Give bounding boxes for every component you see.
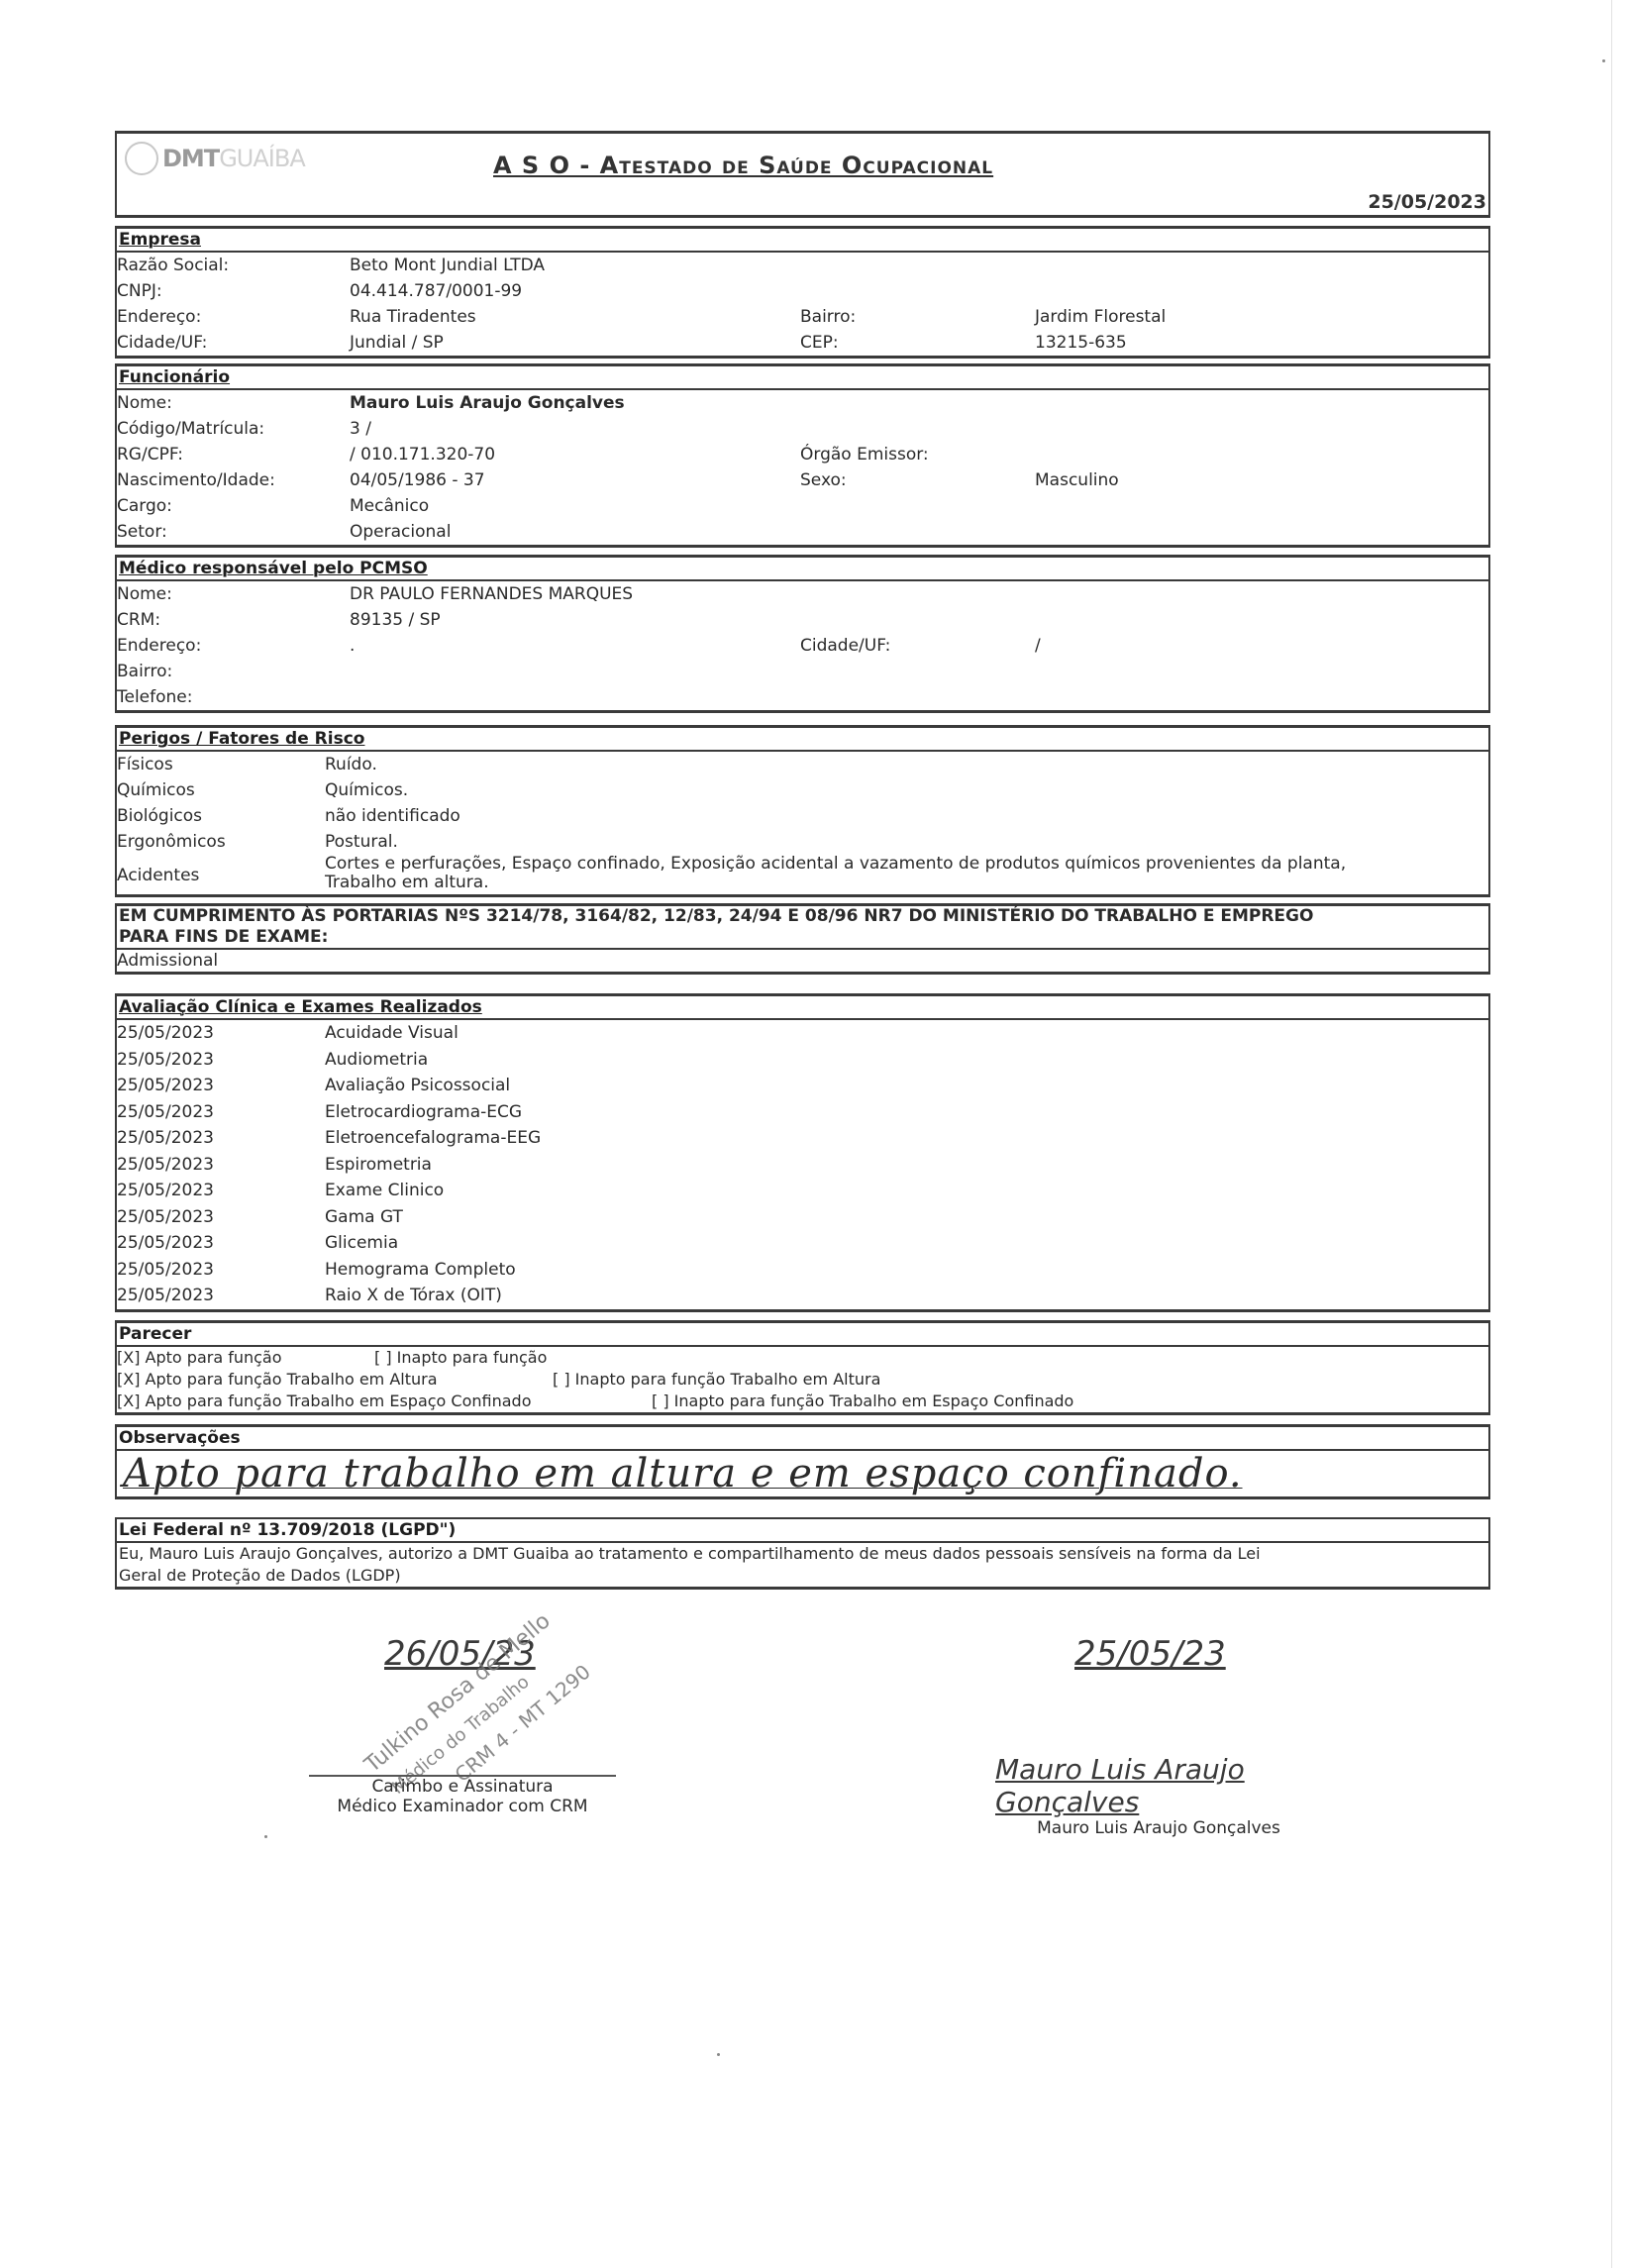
field-label: CRM:: [117, 607, 160, 633]
section-title: Observações: [117, 1427, 1488, 1451]
field-label: Cargo:: [117, 493, 172, 519]
field-label: Bairro:: [800, 304, 856, 330]
field-value: Jundial / SP: [350, 330, 444, 356]
exam-row: 25/05/2023Audiometria: [117, 1047, 1488, 1074]
field-label: Código/Matrícula:: [117, 416, 264, 442]
scan-speck: [717, 2053, 720, 2056]
exam-name: Eletrocardiograma-ECG: [325, 1099, 522, 1125]
field-value: Jardim Florestal: [1035, 304, 1166, 330]
apto-checkbox[interactable]: [X] Apto para função Trabalho em Altura: [117, 1369, 438, 1391]
field-row: CRM:89135 / SP: [117, 607, 1488, 633]
exam-row: 25/05/2023Exame Clinico: [117, 1178, 1488, 1204]
section-exames: Avaliação Clínica e Exames Realizados 25…: [115, 993, 1490, 1312]
exam-name: Acuidade Visual: [325, 1020, 459, 1046]
field-label: Sexo:: [800, 467, 847, 493]
field-label: Acidentes: [117, 855, 199, 896]
exam-row: 25/05/2023Espirometria: [117, 1152, 1488, 1179]
section-title: Funcionário: [117, 366, 1488, 390]
exam-row: 25/05/2023Acuidade Visual: [117, 1020, 1488, 1047]
section-medico: Médico responsável pelo PCMSO Nome:DR PA…: [115, 555, 1490, 713]
exam-name: Raio X de Tórax (OIT): [325, 1283, 502, 1308]
exam-row: 25/05/2023Gama GT: [117, 1204, 1488, 1231]
section-title: Lei Federal nº 13.709/2018 (LGPD"): [117, 1519, 1488, 1543]
field-label: Nascimento/Idade:: [117, 467, 275, 493]
portarias-title-line2: PARA FINS DE EXAME:: [119, 927, 1486, 948]
document-header: DMTGUAÍBA A S O - Atestado de Saúde Ocup…: [115, 131, 1490, 218]
field-row: Endereço:.Cidade/UF:/: [117, 633, 1488, 659]
field-label: Órgão Emissor:: [800, 442, 929, 467]
field-row: Cargo:Mecânico: [117, 493, 1488, 519]
field-value: 04/05/1986 - 37: [350, 467, 485, 493]
field-row: Biológicosnão identificado: [117, 803, 1488, 829]
field-value: não identificado: [325, 803, 460, 829]
exam-name: Avaliação Psicossocial: [325, 1073, 510, 1098]
section-portarias: EM CUMPRIMENTO ÀS PORTARIAS NºS 3214/78,…: [115, 903, 1490, 975]
exam-row: 25/05/2023Hemograma Completo: [117, 1257, 1488, 1284]
funcionario-handwritten-signature: Mauro Luis Araujo Gonçalves: [995, 1753, 1322, 1818]
section-title: Perigos / Fatores de Risco: [117, 728, 1488, 752]
exam-date: 25/05/2023: [117, 1152, 214, 1178]
document-title: A S O - Atestado de Saúde Ocupacional: [493, 152, 993, 179]
inapto-checkbox[interactable]: [ ] Inapto para função Trabalho em Espaç…: [652, 1391, 1073, 1412]
field-row: RG/CPF: / 010.171.320-70Órgão Emissor:: [117, 442, 1488, 467]
section-title: Médico responsável pelo PCMSO: [117, 558, 1488, 581]
exam-date: 25/05/2023: [117, 1073, 214, 1098]
logo-text-light: GUAÍBA: [219, 145, 305, 172]
exam-date: 25/05/2023: [117, 1020, 214, 1046]
exam-name: Exame Clinico: [325, 1178, 444, 1203]
exam-name: Eletroencefalograma-EEG: [325, 1125, 541, 1151]
field-row: Nome:Mauro Luis Araujo Gonçalves: [117, 390, 1488, 416]
parecer-row: [X] Apto para função Trabalho em Espaço …: [117, 1391, 1488, 1412]
field-label: Bairro:: [117, 659, 172, 684]
field-row: ErgonômicosPostural.: [117, 829, 1488, 855]
field-value-line: Trabalho em altura.: [325, 874, 1346, 892]
field-row: CNPJ:04.414.787/0001-99: [117, 278, 1488, 304]
field-value: 13215-635: [1035, 330, 1127, 356]
field-row: Razão Social:Beto Mont Jundial LTDA: [117, 253, 1488, 278]
field-value: 3 /: [350, 416, 371, 442]
section-parecer: Parecer [X] Apto para função[ ] Inapto p…: [115, 1320, 1490, 1415]
exam-name: Hemograma Completo: [325, 1257, 516, 1283]
field-label: Físicos: [117, 752, 173, 777]
funcionario-handwritten-date: 25/05/23: [1074, 1634, 1226, 1674]
field-row: Bairro:: [117, 659, 1488, 684]
exam-date: 25/05/2023: [117, 1047, 214, 1073]
field-value: Rua Tiradentes: [350, 304, 476, 330]
field-value-line: Cortes e perfurações, Espaço confinado, …: [325, 855, 1346, 874]
field-value: Químicos.: [325, 777, 408, 803]
scan-speck: [264, 1835, 267, 1838]
lgpd-text-line2: Geral de Proteção de Dados (LGDP): [119, 1565, 1486, 1587]
field-value: / 010.171.320-70: [350, 442, 495, 467]
field-label: Razão Social:: [117, 253, 229, 278]
section-title: Avaliação Clínica e Exames Realizados: [117, 996, 1488, 1020]
field-label: Biológicos: [117, 803, 202, 829]
field-label: CEP:: [800, 330, 839, 356]
field-row: QuímicosQuímicos.: [117, 777, 1488, 803]
section-funcionario: Funcionário Nome:Mauro Luis Araujo Gonça…: [115, 363, 1490, 548]
exam-date: 25/05/2023: [117, 1204, 214, 1230]
section-empresa: Empresa Razão Social:Beto Mont Jundial L…: [115, 226, 1490, 359]
inapto-checkbox[interactable]: [ ] Inapto para função: [374, 1347, 547, 1369]
apto-checkbox[interactable]: [X] Apto para função Trabalho em Espaço …: [117, 1391, 532, 1412]
exam-date: 25/05/2023: [117, 1283, 214, 1308]
section-lgpd: Lei Federal nº 13.709/2018 (LGPD") Eu, M…: [115, 1517, 1490, 1590]
exam-row: 25/05/2023Raio X de Tórax (OIT): [117, 1283, 1488, 1309]
exam-row: 25/05/2023Avaliação Psicossocial: [117, 1073, 1488, 1099]
field-label: Telefone:: [117, 684, 192, 710]
field-value: DR PAULO FERNANDES MARQUES: [350, 581, 633, 607]
lgpd-text-line1: Eu, Mauro Luis Araujo Gonçalves, autoriz…: [119, 1543, 1486, 1565]
field-row: Endereço:Rua TiradentesBairro:Jardim Flo…: [117, 304, 1488, 330]
field-label: Químicos: [117, 777, 195, 803]
exam-row: 25/05/2023Eletroencefalograma-EEG: [117, 1125, 1488, 1152]
field-row: Nascimento/Idade:04/05/1986 - 37Sexo:Mas…: [117, 467, 1488, 493]
field-row: Nome:DR PAULO FERNANDES MARQUES: [117, 581, 1488, 607]
field-label: Endereço:: [117, 304, 201, 330]
company-logo: DMTGUAÍBA: [125, 142, 305, 175]
field-row: AcidentesCortes e perfurações, Espaço co…: [117, 855, 1488, 894]
exam-date: 25/05/2023: [117, 1099, 214, 1125]
field-row: Telefone:: [117, 684, 1488, 710]
field-label: RG/CPF:: [117, 442, 183, 467]
observation-handwritten: Apto para trabalho em altura e em espaço…: [117, 1451, 1488, 1496]
field-row: Código/Matrícula:3 /: [117, 416, 1488, 442]
field-value: Beto Mont Jundial LTDA: [350, 253, 545, 278]
field-value: /: [1035, 633, 1041, 659]
field-label: Cidade/UF:: [117, 330, 207, 356]
field-row: Setor:Operacional: [117, 519, 1488, 545]
funcionario-signature-block: Mauro Luis Araujo Gonçalves Mauro Luis A…: [995, 1753, 1322, 1838]
funcionario-caption: Mauro Luis Araujo Gonçalves: [995, 1818, 1322, 1838]
medico-caption-line1: Carimbo e Assinatura: [309, 1777, 616, 1797]
exam-row: 25/05/2023Glicemia: [117, 1230, 1488, 1257]
exam-row: 25/05/2023Eletrocardiograma-ECG: [117, 1099, 1488, 1126]
exam-date: 25/05/2023: [117, 1230, 214, 1256]
page-edge: [1611, 0, 1612, 2268]
field-value: Cortes e perfurações, Espaço confinado, …: [325, 855, 1346, 892]
field-label: Nome:: [117, 581, 172, 607]
logo-text: DMT: [162, 145, 219, 172]
field-label: Cidade/UF:: [800, 633, 890, 659]
portarias-title-line1: EM CUMPRIMENTO ÀS PORTARIAS NºS 3214/78,…: [119, 906, 1486, 927]
field-value: Masculino: [1035, 467, 1119, 493]
field-value: 89135 / SP: [350, 607, 441, 633]
medico-signature-block: Carimbo e Assinatura Médico Examinador c…: [309, 1775, 616, 1816]
parecer-row: [X] Apto para função[ ] Inapto para funç…: [117, 1347, 1488, 1369]
document-date: 25/05/2023: [1368, 191, 1486, 213]
field-label: Ergonômicos: [117, 829, 226, 855]
inapto-checkbox[interactable]: [ ] Inapto para função Trabalho em Altur…: [553, 1369, 880, 1391]
apto-checkbox[interactable]: [X] Apto para função: [117, 1347, 282, 1369]
section-observacoes: Observações Apto para trabalho em altura…: [115, 1424, 1490, 1499]
exam-name: Glicemia: [325, 1230, 398, 1256]
section-title: Parecer: [117, 1323, 1488, 1347]
exam-date: 25/05/2023: [117, 1178, 214, 1203]
field-row: Cidade/UF:Jundial / SPCEP:13215-635: [117, 330, 1488, 356]
parecer-row: [X] Apto para função Trabalho em Altura[…: [117, 1369, 1488, 1391]
medico-caption-line2: Médico Examinador com CRM: [309, 1797, 616, 1816]
field-value: Ruído.: [325, 752, 377, 777]
field-label: Endereço:: [117, 633, 201, 659]
section-title: Empresa: [117, 229, 1488, 253]
exam-date: 25/05/2023: [117, 1257, 214, 1283]
field-value: Operacional: [350, 519, 451, 545]
logo-icon: [125, 142, 158, 175]
field-value: Mecânico: [350, 493, 429, 519]
field-value: Postural.: [325, 829, 398, 855]
field-label: CNPJ:: [117, 278, 162, 304]
field-value: 04.414.787/0001-99: [350, 278, 522, 304]
field-value: Mauro Luis Araujo Gonçalves: [350, 390, 625, 416]
scan-speck: [1602, 59, 1605, 62]
exam-name: Audiometria: [325, 1047, 428, 1073]
exam-name: Espirometria: [325, 1152, 432, 1178]
exam-date: 25/05/2023: [117, 1125, 214, 1151]
field-value: .: [350, 633, 355, 659]
field-label: Nome:: [117, 390, 172, 416]
exam-name: Gama GT: [325, 1204, 403, 1230]
field-label: Setor:: [117, 519, 167, 545]
field-row: FísicosRuído.: [117, 752, 1488, 777]
exam-type: Admissional: [117, 950, 218, 972]
section-riscos: Perigos / Fatores de Risco FísicosRuído.…: [115, 725, 1490, 897]
